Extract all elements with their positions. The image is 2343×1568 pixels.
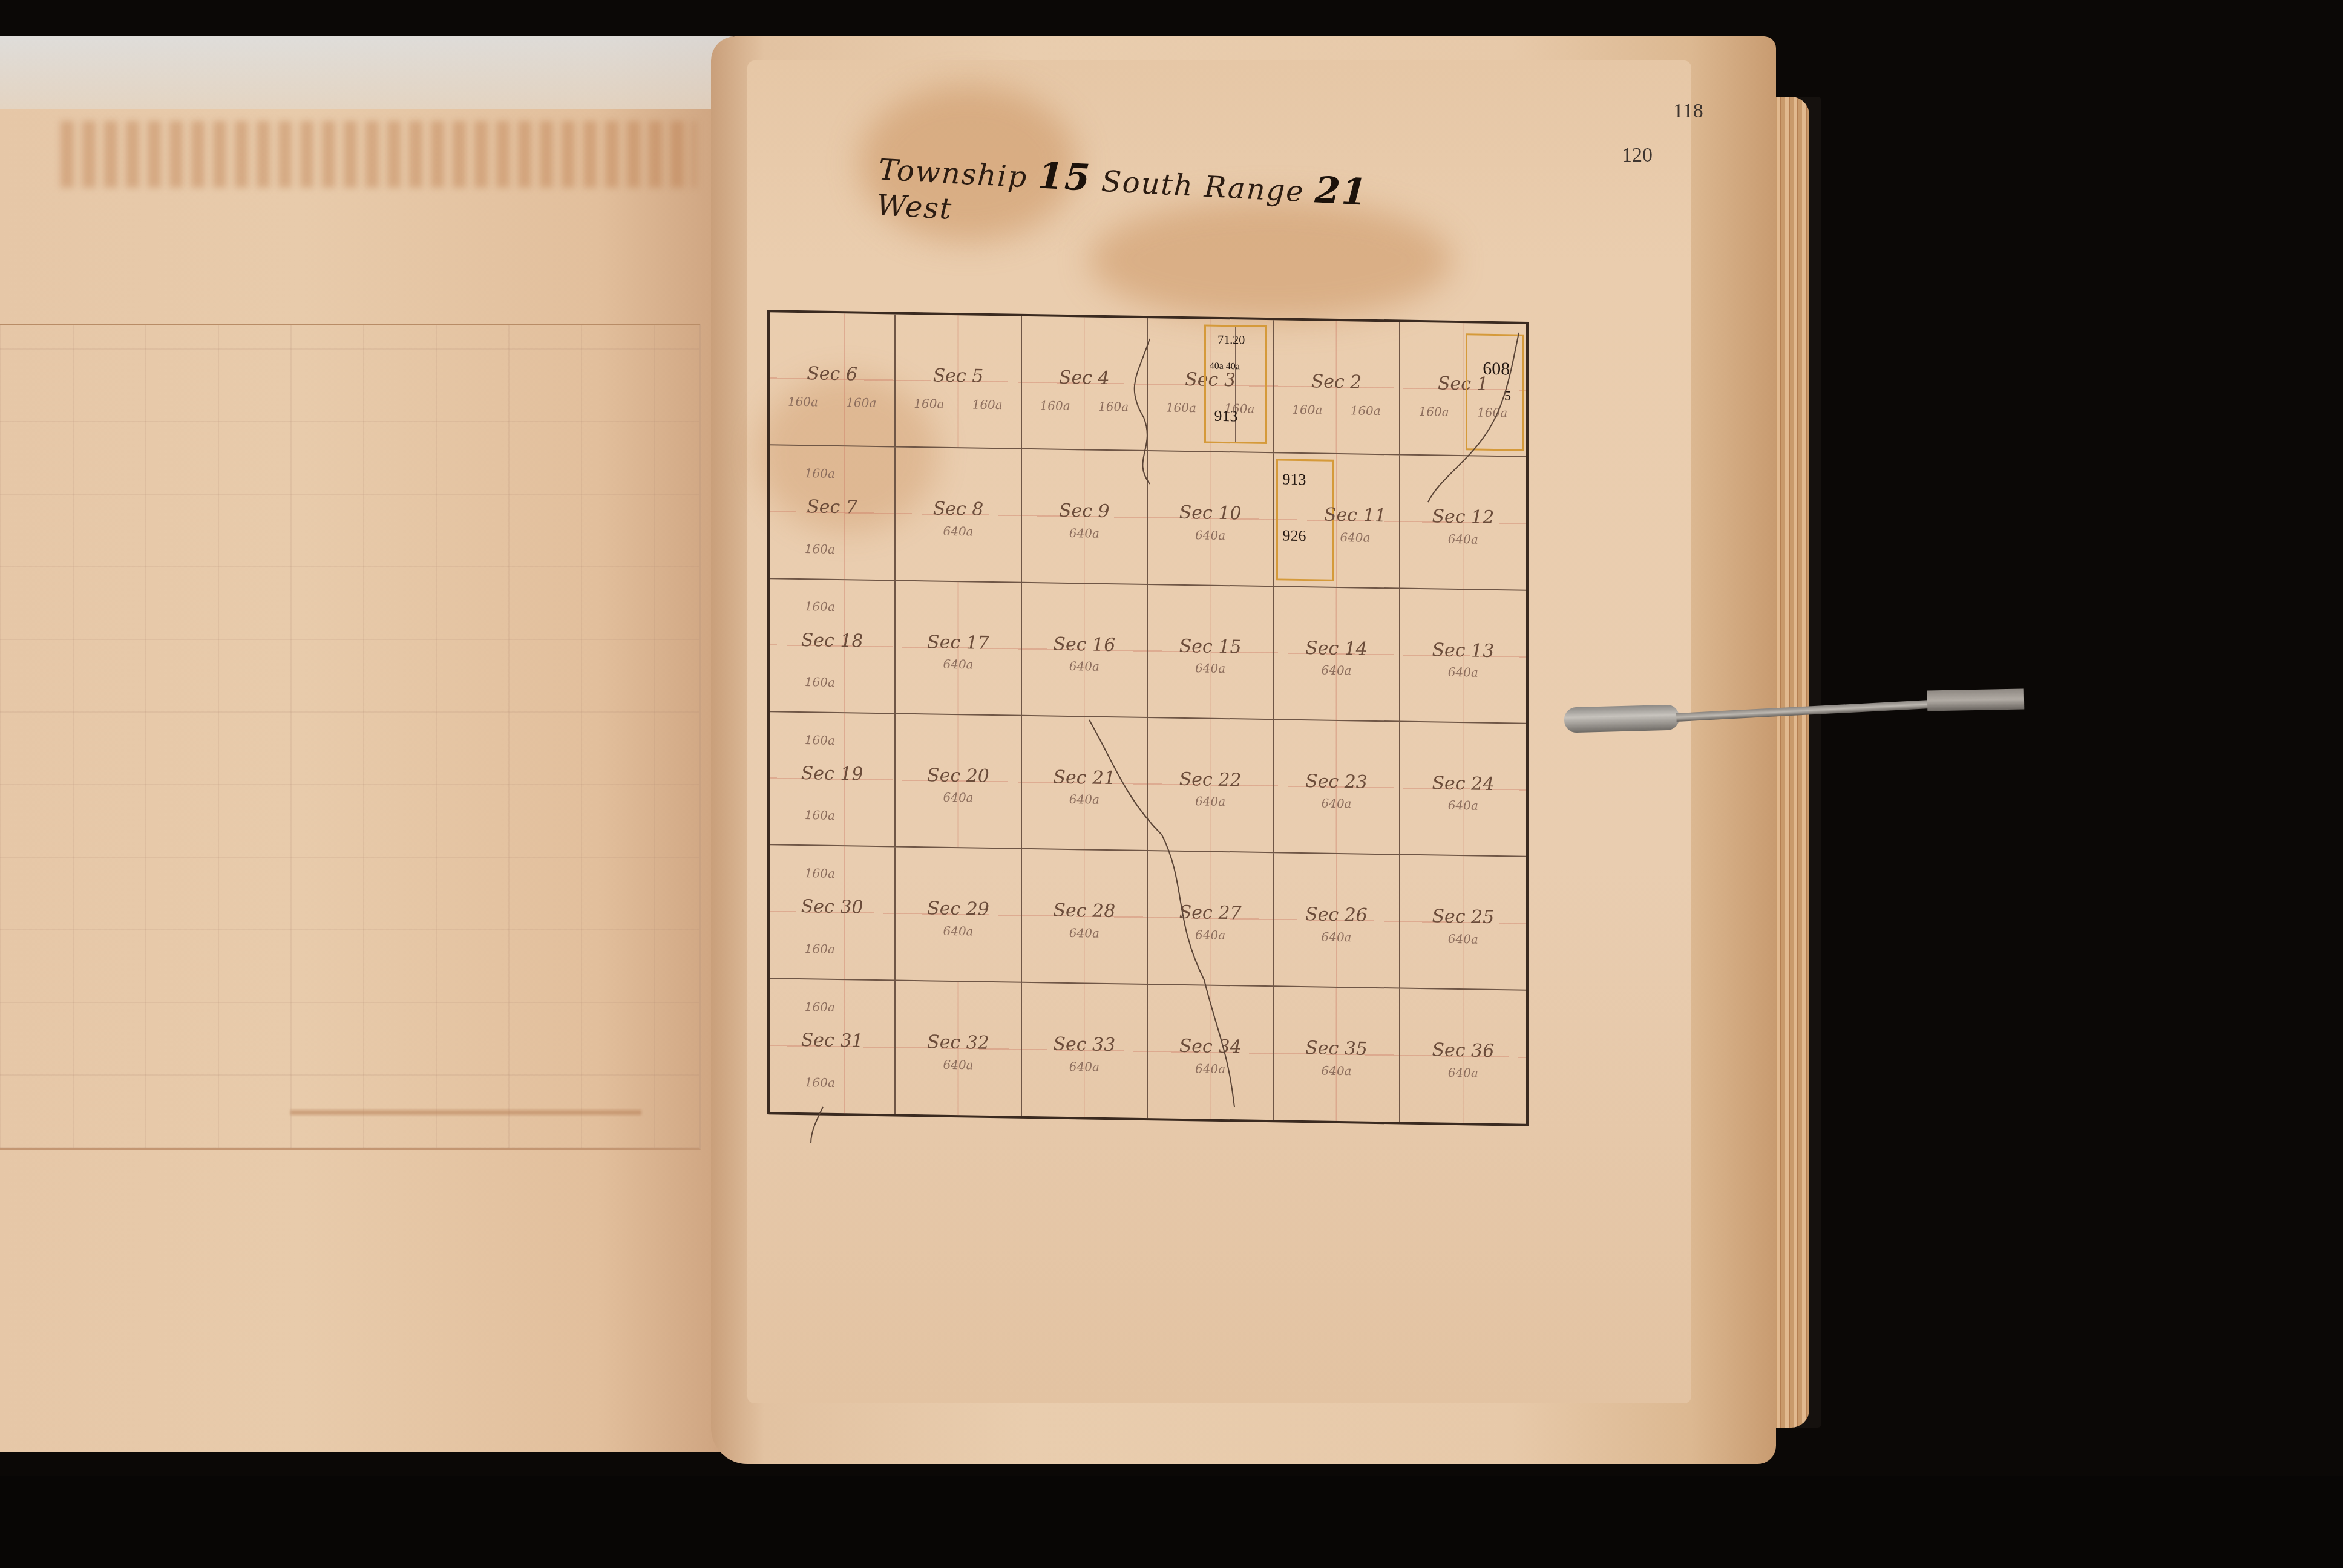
table-surface bbox=[0, 1476, 2343, 1568]
title-range-direction: West bbox=[876, 188, 954, 226]
page-number-inner: 120 bbox=[1622, 144, 1653, 167]
spatula-handle bbox=[1564, 705, 1679, 733]
left-page-stain bbox=[290, 1110, 641, 1115]
spatula-blade bbox=[1927, 689, 2025, 711]
title-township-direction: South bbox=[1101, 165, 1195, 203]
left-page-bleedthrough-text bbox=[61, 121, 696, 188]
title-township-number: 15 bbox=[1037, 154, 1092, 199]
title-township-word: Township bbox=[877, 153, 1028, 195]
title-range-number: 21 bbox=[1314, 169, 1369, 214]
left-page-blank-grid bbox=[0, 324, 701, 1150]
title-range-word: Range bbox=[1204, 170, 1306, 209]
page-number-outer: 118 bbox=[1673, 100, 1703, 123]
stream-lines bbox=[726, 302, 1573, 1149]
